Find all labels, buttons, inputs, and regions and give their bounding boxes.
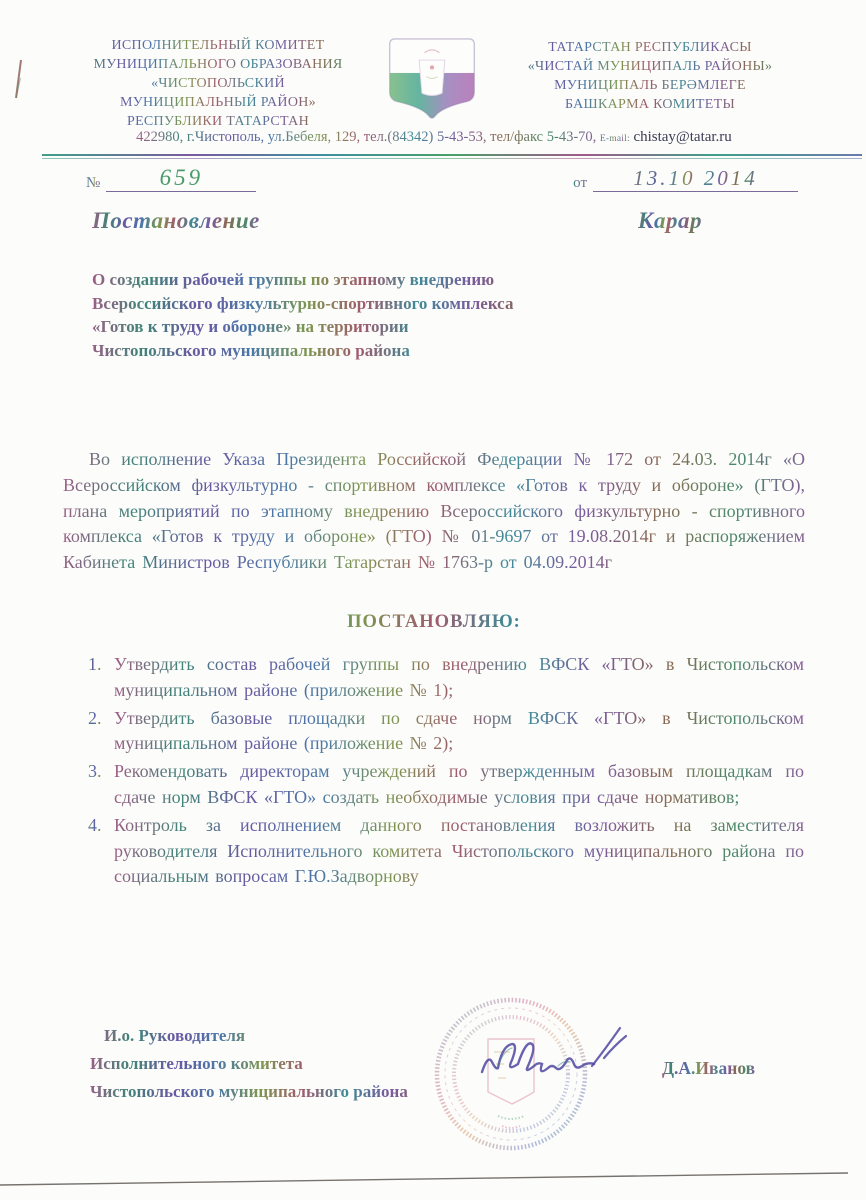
address-line: 422980, г.Чистополь, ул.Бебеля, 129, тел…: [58, 129, 810, 146]
doc-type-row: Постановление Карар: [92, 208, 798, 234]
signature-position-line: Чистопольского муниципального района: [90, 1078, 520, 1106]
date-label: от: [573, 175, 593, 192]
title-line: Чистопольского муниципального района: [92, 339, 632, 363]
org-line: ИСПОЛНИТЕЛЬНЫЙ КОМИТЕТ: [58, 36, 378, 55]
handwritten-date: 13.10 2014: [633, 166, 758, 190]
item-number: 4.: [88, 813, 114, 890]
doc-type-tatar: Карар: [638, 208, 702, 234]
doc-type-russian: Постановление: [92, 208, 260, 234]
list-item: 4. Контроль за исполнением данного поста…: [88, 813, 804, 890]
resolve-heading: ПОСТАНОВЛЯЮ:: [63, 612, 805, 633]
body-paragraph: Во исполнение Указа Президента Российско…: [63, 447, 805, 576]
header-divider: [42, 154, 862, 160]
org-line: МУНИЦИПАЛЬНОГО ОБРАЗОВАНИЯ: [58, 55, 378, 74]
list-item: 1. Утвердить состав рабочей группы по вн…: [88, 652, 804, 704]
doc-date-field: от 13.10 2014: [573, 168, 798, 192]
pen-mark: [13, 58, 25, 100]
resolution-list: 1. Утвердить состав рабочей группы по вн…: [88, 652, 804, 892]
org-line: ТАТАРСТАН РЕСПУБЛИКАСЫ: [490, 38, 810, 57]
signature-position-line: И.о. Руководителя: [90, 1022, 520, 1050]
org-line: МУНИЦИПАЛЬНЫЙ РАЙОН»: [58, 93, 378, 112]
document-page: ИСПОЛНИТЕЛЬНЫЙ КОМИТЕТ МУНИЦИПАЛЬНОГО ОБ…: [0, 0, 866, 1200]
org-line: МУНИЦИПАЛЬ БЕРӘМЛЕГЕ: [490, 76, 810, 95]
number-label: №: [86, 175, 106, 192]
document-title: О создании рабочей группы по этапному вн…: [92, 268, 632, 362]
item-text: Рекомендовать директорам учреждений по у…: [114, 759, 804, 811]
letterhead: ИСПОЛНИТЕЛЬНЫЙ КОМИТЕТ МУНИЦИПАЛЬНОГО ОБ…: [58, 36, 810, 137]
list-item: 2. Утвердить базовые площадки по сдаче н…: [88, 706, 804, 758]
org-line: «ЧИСТАЙ МУНИЦИПАЛЬ РАЙОНЫ»: [490, 57, 810, 76]
signature-position: И.о. Руководителя Исполнительного комите…: [90, 1022, 520, 1106]
item-number: 1.: [88, 652, 114, 704]
coat-of-arms-icon: [386, 36, 478, 137]
title-line: О создании рабочей группы по этапному вн…: [92, 268, 632, 292]
signatory-name: Д.А.Иванов: [662, 1058, 755, 1079]
signature-position-line: Исполнительного комитета: [90, 1050, 520, 1078]
item-number: 2.: [88, 706, 114, 758]
item-number: 3.: [88, 759, 114, 811]
address-text: 422980, г.Чистополь, ул.Бебеля, 129, тел…: [136, 129, 596, 145]
email-text: chistay@tatar.ru: [633, 129, 731, 145]
doc-meta-row: № 659 от 13.10 2014: [86, 168, 798, 192]
item-text: Контроль за исполнением данного постанов…: [114, 813, 804, 890]
email-label: E-mail:: [600, 134, 630, 144]
org-name-russian: ИСПОЛНИТЕЛЬНЫЙ КОМИТЕТ МУНИЦИПАЛЬНОГО ОБ…: [58, 36, 378, 131]
org-line: «ЧИСТОПОЛЬСКИЙ: [58, 74, 378, 93]
org-line: БАШКАРМА КОМИТЕТЫ: [490, 95, 810, 114]
title-line: «Готов к труду и обороне» на территории: [92, 315, 632, 339]
scan-artifact-line: [0, 1168, 866, 1192]
org-name-tatar: ТАТАРСТАН РЕСПУБЛИКАСЫ «ЧИСТАЙ МУНИЦИПАЛ…: [490, 36, 810, 114]
item-text: Утвердить состав рабочей группы по внедр…: [114, 652, 804, 704]
title-line: Всероссийского физкультурно-спортивного …: [92, 292, 632, 316]
doc-number-field: № 659: [86, 168, 256, 192]
handwritten-number: 659: [160, 165, 204, 190]
list-item: 3. Рекомендовать директорам учреждений п…: [88, 759, 804, 811]
item-text: Утвердить базовые площадки по сдаче норм…: [114, 706, 804, 758]
